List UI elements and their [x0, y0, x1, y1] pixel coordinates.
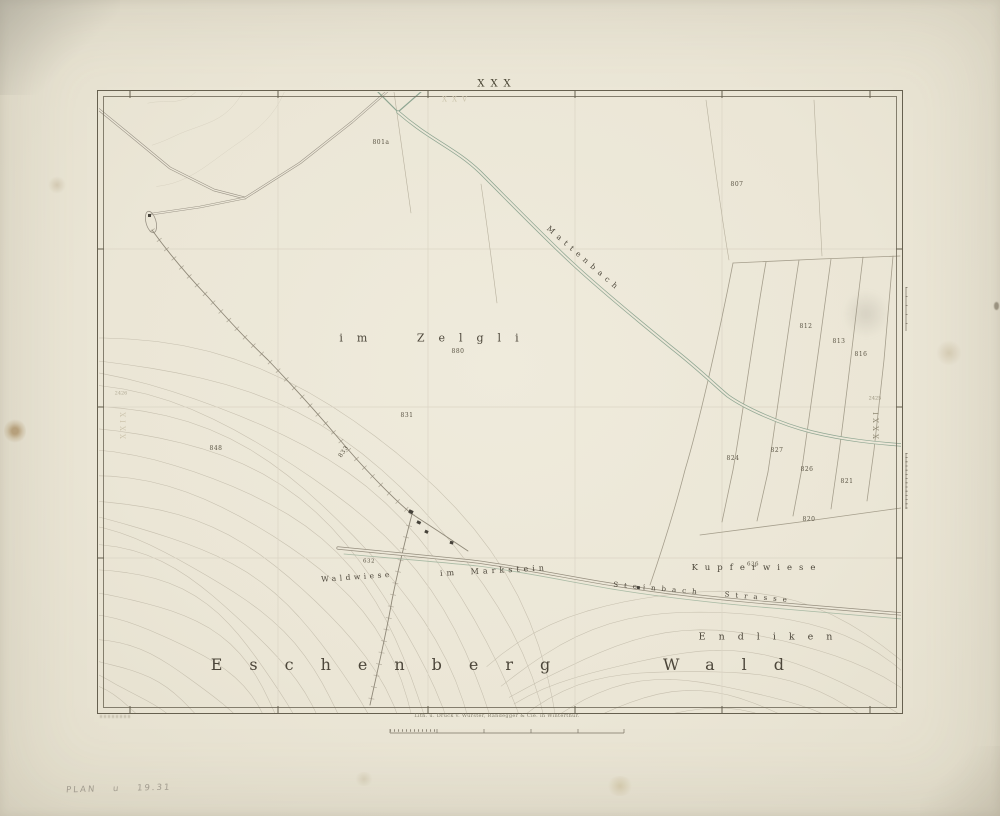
stream-mattenbach [370, 84, 902, 445]
northwest-roads [97, 88, 391, 234]
parcel-number: 632 [363, 559, 375, 565]
parcel-number: 826 [801, 467, 814, 473]
parcel-number: 812 [800, 324, 813, 330]
parcel-number: 827 [771, 448, 784, 454]
frame-ticks [97, 91, 903, 713]
parcel-number: 880 [452, 349, 465, 355]
margin-label: XXIX [121, 409, 128, 439]
parcel-number: 813 [833, 339, 846, 345]
right-margin-scale-bars [906, 287, 907, 509]
margin-label: XXV [442, 97, 472, 104]
place-label: Endliken [699, 632, 846, 642]
parcel-number: 831 [401, 413, 414, 419]
parcel-number: 848 [210, 446, 223, 452]
building-symbols [148, 214, 640, 589]
sheet-number-title: XXX [477, 79, 516, 90]
frame-border [98, 91, 903, 714]
place-label: Eschenberg [211, 657, 578, 673]
parcel-number: 807 [731, 182, 744, 188]
parcel-number: 801a [372, 140, 389, 146]
contour-lines-south [487, 591, 992, 816]
map-linework [0, 0, 1000, 816]
place-label: Wald [663, 657, 811, 673]
parcel-number: 821 [841, 479, 854, 485]
printer-imprint: Lith. u. Druck v. Wurster, Randegger & C… [414, 713, 579, 719]
bottom-scale-bar [390, 729, 624, 733]
field-boundaries [394, 92, 822, 303]
margin-label: XXXI [874, 409, 881, 439]
parcel-number: 820 [803, 517, 816, 523]
parcel-number: 636 [747, 562, 759, 568]
margin-label: 2425 [869, 397, 882, 402]
parcel-number: 816 [855, 352, 868, 358]
map-sheet: XXX XXVXXIXXXXI24252426 im ZelgliWaldwie… [0, 0, 1000, 816]
margin-label: 2426 [115, 392, 128, 397]
parcel-number: 824 [727, 456, 740, 462]
tree-lined-road [152, 230, 468, 705]
place-label: im Zelgli [339, 333, 532, 344]
imprint-smudge [100, 715, 130, 718]
grid-lines [104, 97, 896, 707]
